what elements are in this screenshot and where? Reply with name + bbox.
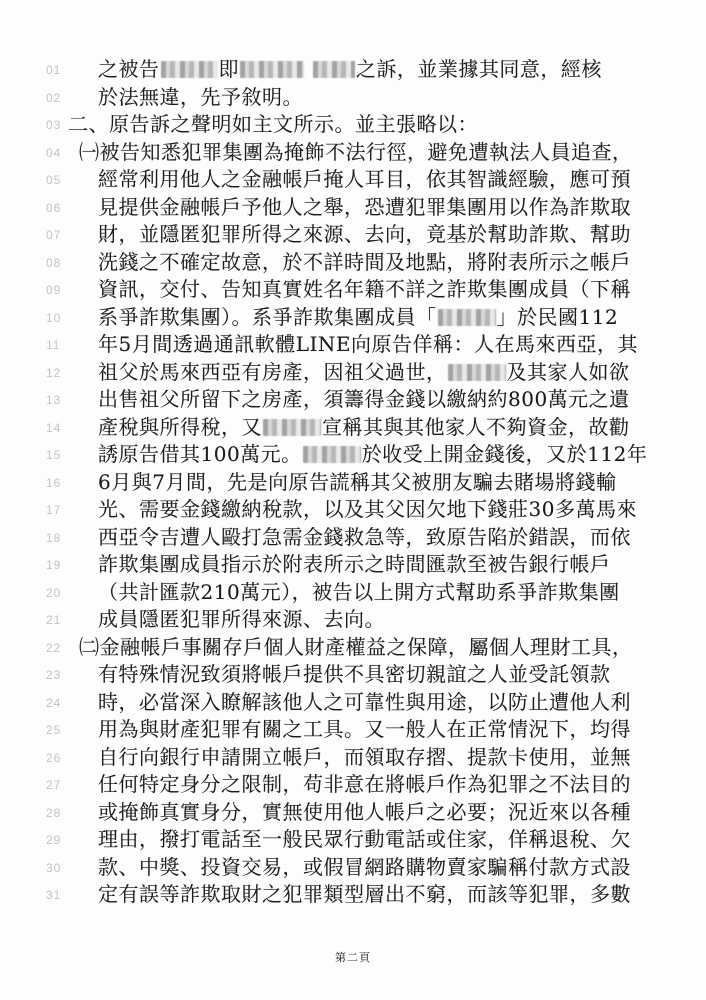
line-number: 29	[46, 833, 61, 847]
line-text: 誘原告借其100萬元。於收受上開金錢後，又於112年	[98, 441, 647, 469]
line-number: 08	[46, 256, 61, 270]
line-text: 於法無違，先予敘明。	[98, 84, 303, 112]
document-line: 05經常利用他人之金融帳戶掩人耳目，依其智識經驗，應可預	[0, 166, 706, 194]
document-line: 166月與7月間，先是向原告謊稱其父被朋友騙去賭場將錢輸	[0, 469, 706, 497]
redacted-text	[263, 419, 321, 436]
line-text: 時，必當深入瞭解該他人之可靠性與用途，以防止遭他人利	[98, 689, 631, 717]
document-line: 11年5月間透過通訊軟體LINE向原告佯稱：人在馬來西亞，其	[0, 331, 706, 359]
line-number: 24	[46, 696, 61, 710]
line-number: 18	[46, 531, 61, 545]
document-line: 21成員隱匿犯罪所得來源、去向。	[0, 606, 706, 634]
line-text: ㈠被告知悉犯罪集團為掩飾不法行徑，避免遭執法人員追查，	[79, 139, 633, 167]
line-text: 成員隱匿犯罪所得來源、去向。	[98, 606, 385, 634]
line-text: （共計匯款210萬元），被告以上開方式幫助系爭詐欺集團	[98, 579, 620, 607]
document-line: 26自行向銀行申請開立帳戶，而領取存摺、提款卡使用，並無	[0, 744, 706, 772]
redacted-text	[240, 61, 304, 78]
line-number: 20	[46, 586, 61, 600]
document-line: 01之被告即 之訴，並業據其同意，經核	[0, 56, 706, 84]
redacted-text	[438, 309, 496, 326]
line-number: 27	[46, 778, 61, 792]
document-line: 19詐欺集團成員指示於附表所示之時間匯款至被告銀行帳戶	[0, 551, 706, 579]
line-number: 02	[46, 91, 61, 105]
redacted-text	[448, 364, 506, 381]
line-text: 或掩飾真實身分，實無使用他人帳戶之必要；況近來以各種	[98, 799, 631, 827]
document-line: 29理由，撥打電話至一般民眾行動電話或住家，佯稱退稅、欠	[0, 826, 706, 854]
document-line: 02於法無違，先予敘明。	[0, 84, 706, 112]
line-number: 19	[46, 558, 61, 572]
line-text: 款、中獎、投資交易，或假冒網路購物賣家騙稱付款方式設	[98, 854, 631, 882]
line-number: 15	[46, 448, 61, 462]
line-number: 12	[46, 366, 61, 380]
document-line: 09資訊，交付、告知真實姓名年籍不詳之詐欺集團成員（下稱	[0, 276, 706, 304]
line-text: ㈡金融帳戶事關存戶個人財產權益之保障，屬個人理財工具，	[79, 634, 633, 662]
document-line: 08洗錢之不確定故意，於不詳時間及地點，將附表所示之帳戶	[0, 249, 706, 277]
line-number: 11	[46, 338, 60, 352]
document-line: 10系爭詐欺集團）。系爭詐欺集團成員「」於民國112	[0, 304, 706, 332]
line-text: 二、原告訴之聲明如主文所示。並主張略以：	[68, 111, 478, 139]
line-text: 之被告即 之訴，並業據其同意，經核	[98, 56, 602, 84]
document-line: 13出售祖父所留下之房產，須籌得金錢以繳納約800萬元之遺	[0, 386, 706, 414]
line-text: 6月與7月間，先是向原告謊稱其父被朋友騙去賭場將錢輸	[98, 469, 616, 497]
line-text: 詐欺集團成員指示於附表所示之時間匯款至被告銀行帳戶	[98, 551, 611, 579]
page-footer: 第二頁	[0, 949, 706, 965]
line-number: 06	[46, 201, 61, 215]
line-text: 光、需要金錢繳納稅款，以及其父因欠地下錢莊30多萬馬來	[98, 496, 637, 524]
line-number: 26	[46, 751, 61, 765]
line-number: 16	[46, 476, 61, 490]
line-text: 產稅與所得稅，又宣稱其與其他家人不夠資金，故勸	[98, 414, 630, 442]
document-line: 15誘原告借其100萬元。於收受上開金錢後，又於112年	[0, 441, 706, 469]
line-text: 系爭詐欺集團）。系爭詐欺集團成員「」於民國112	[98, 304, 618, 332]
line-text: 祖父於馬來西亞有房產，因祖父過世，及其家人如欲	[98, 359, 630, 387]
line-text: 洗錢之不確定故意，於不詳時間及地點，將附表所示之帳戶	[98, 249, 631, 277]
line-text: 年5月間透過通訊軟體LINE向原告佯稱：人在馬來西亞，其	[98, 331, 638, 359]
document-line: 27任何特定身分之限制，苟非意在將帳戶作為犯罪之不法目的	[0, 771, 706, 799]
document-line: 06見提供金融帳戶予他人之舉，恐遭犯罪集團用以作為詐欺取	[0, 194, 706, 222]
document-body: 01之被告即 之訴，並業據其同意，經核02於法無違，先予敘明。03二、原告訴之聲…	[0, 56, 706, 909]
line-text: 任何特定身分之限制，苟非意在將帳戶作為犯罪之不法目的	[98, 771, 631, 799]
document-line: 22㈡金融帳戶事關存戶個人財產權益之保障，屬個人理財工具，	[0, 634, 706, 662]
line-text: 自行向銀行申請開立帳戶，而領取存摺、提款卡使用，並無	[98, 744, 631, 772]
line-number: 23	[46, 668, 61, 682]
document-line: 31定有誤等詐欺取財之犯罪類型層出不窮，而該等犯罪，多數	[0, 881, 706, 909]
line-text: 財，並隱匿犯罪所得之來源、去向，竟基於幫助詐欺、幫助	[98, 221, 631, 249]
line-number: 04	[46, 146, 61, 160]
document-line: 04㈠被告知悉犯罪集團為掩飾不法行徑，避免遭執法人員追查，	[0, 139, 706, 167]
line-number: 21	[46, 613, 61, 627]
line-number: 07	[46, 228, 61, 242]
document-line: 23有特殊情況致須將帳戶提供不具密切親誼之人並受託領款	[0, 661, 706, 689]
line-number: 09	[46, 283, 61, 297]
line-text: 有特殊情況致須將帳戶提供不具密切親誼之人並受託領款	[98, 661, 611, 689]
line-number: 03	[46, 118, 61, 132]
redacted-text	[313, 61, 355, 78]
document-line: 30款、中獎、投資交易，或假冒網路購物賣家騙稱付款方式設	[0, 854, 706, 882]
document-page: 01之被告即 之訴，並業據其同意，經核02於法無違，先予敘明。03二、原告訴之聲…	[0, 0, 706, 1000]
line-text: 用為與財產犯罪有關之工具。又一般人在正常情況下，均得	[98, 716, 631, 744]
document-line: 03二、原告訴之聲明如主文所示。並主張略以：	[0, 111, 706, 139]
document-line: 07財，並隱匿犯罪所得之來源、去向，竟基於幫助詐欺、幫助	[0, 221, 706, 249]
line-text: 資訊，交付、告知真實姓名年籍不詳之詐欺集團成員（下稱	[98, 276, 631, 304]
line-text: 經常利用他人之金融帳戶掩人耳目，依其智識經驗，應可預	[98, 166, 631, 194]
document-line: 18西亞令吉遭人毆打急需金錢救急等，致原告陷於錯誤，而依	[0, 524, 706, 552]
line-text: 西亞令吉遭人毆打急需金錢救急等，致原告陷於錯誤，而依	[98, 524, 631, 552]
document-line: 25用為與財產犯罪有關之工具。又一般人在正常情況下，均得	[0, 716, 706, 744]
document-line: 17光、需要金錢繳納稅款，以及其父因欠地下錢莊30多萬馬來	[0, 496, 706, 524]
redacted-text	[161, 61, 218, 78]
line-text: 出售祖父所留下之房產，須籌得金錢以繳納約800萬元之遺	[98, 386, 630, 414]
line-text: 定有誤等詐欺取財之犯罪類型層出不窮，而該等犯罪，多數	[98, 881, 631, 909]
line-number: 14	[46, 421, 61, 435]
line-number: 10	[46, 311, 61, 325]
line-number: 22	[46, 641, 61, 655]
document-line: 24時，必當深入瞭解該他人之可靠性與用途，以防止遭他人利	[0, 689, 706, 717]
line-number: 13	[46, 393, 61, 407]
line-number: 31	[46, 888, 61, 902]
line-text: 理由，撥打電話至一般民眾行動電話或住家，佯稱退稅、欠	[98, 826, 631, 854]
line-number: 25	[46, 723, 61, 737]
redacted-text	[303, 446, 361, 463]
line-number: 17	[46, 503, 61, 517]
line-number: 28	[46, 806, 61, 820]
document-line: 12祖父於馬來西亞有房產，因祖父過世，及其家人如欲	[0, 359, 706, 387]
document-line: 20（共計匯款210萬元），被告以上開方式幫助系爭詐欺集團	[0, 579, 706, 607]
line-number: 01	[46, 63, 61, 77]
line-number: 30	[46, 861, 61, 875]
document-line: 14產稅與所得稅，又宣稱其與其他家人不夠資金，故勸	[0, 414, 706, 442]
line-text: 見提供金融帳戶予他人之舉，恐遭犯罪集團用以作為詐欺取	[98, 194, 631, 222]
document-line: 28或掩飾真實身分，實無使用他人帳戶之必要；況近來以各種	[0, 799, 706, 827]
line-number: 05	[46, 173, 61, 187]
